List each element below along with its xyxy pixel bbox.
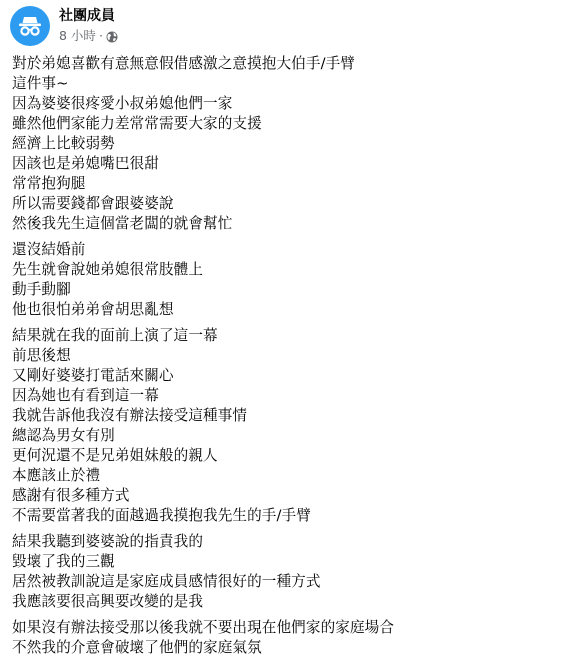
separator-dot: ·	[99, 27, 103, 45]
text-line: 對於弟媳喜歡有意無意假借感激之意摸抱大伯手/手臂	[12, 54, 572, 74]
post-meta: 社團成員 8 小時 ·	[59, 7, 118, 45]
incognito-icon	[17, 15, 43, 37]
text-line: 這件事~	[12, 74, 572, 94]
text-line: 因該也是弟媳嘴巴很甜	[12, 154, 572, 174]
text-line: 因為她也有看到這一幕	[12, 386, 572, 406]
post-body: 對於弟媳喜歡有意無意假借感激之意摸抱大伯手/手臂 這件事~ 因為婆婆很疼愛小叔弟…	[12, 54, 572, 664]
text-line: 所以需要錢都會跟婆婆說	[12, 194, 572, 214]
text-line: 又剛好婆婆打電話來關心	[12, 366, 572, 386]
text-line: 感謝有很多種方式	[12, 486, 572, 506]
avatar[interactable]	[10, 6, 50, 46]
text-line: 動手動腳	[12, 280, 572, 300]
text-line: 他也很怕弟弟會胡思亂想	[12, 300, 572, 320]
paragraph: 還沒結婚前 先生就會說她弟媳很常肢體上 動手動腳 他也很怕弟弟會胡思亂想	[12, 240, 572, 320]
post-timestamp[interactable]: 8 小時	[59, 27, 96, 45]
text-line: 我就告訴他我沒有辦法接受這種事情	[12, 406, 572, 426]
text-line: 還沒結婚前	[12, 240, 572, 260]
author-name[interactable]: 社團成員	[59, 7, 118, 25]
text-line: 居然被教訓說這是家庭成員感情很好的一種方式	[12, 572, 572, 592]
text-line: 本應該止於禮	[12, 466, 572, 486]
text-line: 我應該要很高興要改變的是我	[12, 592, 572, 612]
paragraph: 結果我聽到婆婆說的指責我的 毀壞了我的三觀 居然被教訓說這是家庭成員感情很好的一…	[12, 532, 572, 612]
text-line: 總認為男女有別	[12, 426, 572, 446]
post-subline: 8 小時 ·	[59, 27, 118, 45]
text-line: 結果就在我的面前上演了這一幕	[12, 326, 572, 346]
text-line: 結果我聽到婆婆說的指責我的	[12, 532, 572, 552]
globe-icon[interactable]	[106, 30, 118, 42]
post-header: 社團成員 8 小時 ·	[10, 6, 118, 46]
text-line: 常常抱狗腿	[12, 174, 572, 194]
text-line: 然後我先生這個當老闆的就會幫忙	[12, 214, 572, 234]
text-line: 如果沒有辦法接受那以後我就不要出現在他們家的家庭場合	[12, 618, 572, 638]
text-line: 雖然他們家能力差常常需要大家的支援	[12, 114, 572, 134]
text-line: 前思後想	[12, 346, 572, 366]
paragraph: 對於弟媳喜歡有意無意假借感激之意摸抱大伯手/手臂 這件事~ 因為婆婆很疼愛小叔弟…	[12, 54, 572, 234]
text-line: 經濟上比較弱勢	[12, 134, 572, 154]
text-line: 毀壞了我的三觀	[12, 552, 572, 572]
text-line: 不然我的介意會破壞了他們的家庭氣氛	[12, 638, 572, 658]
text-line: 不需要當著我的面越過我摸抱我先生的手/手臂	[12, 506, 572, 526]
text-line: 更何況還不是兄弟姐妹般的親人	[12, 446, 572, 466]
paragraph: 結果就在我的面前上演了這一幕 前思後想 又剛好婆婆打電話來關心 因為她也有看到這…	[12, 326, 572, 526]
text-line: 先生就會說她弟媳很常肢體上	[12, 260, 572, 280]
text-line: 因為婆婆很疼愛小叔弟媳他們一家	[12, 94, 572, 114]
paragraph: 如果沒有辦法接受那以後我就不要出現在他們家的家庭場合 不然我的介意會破壞了他們的…	[12, 618, 572, 658]
